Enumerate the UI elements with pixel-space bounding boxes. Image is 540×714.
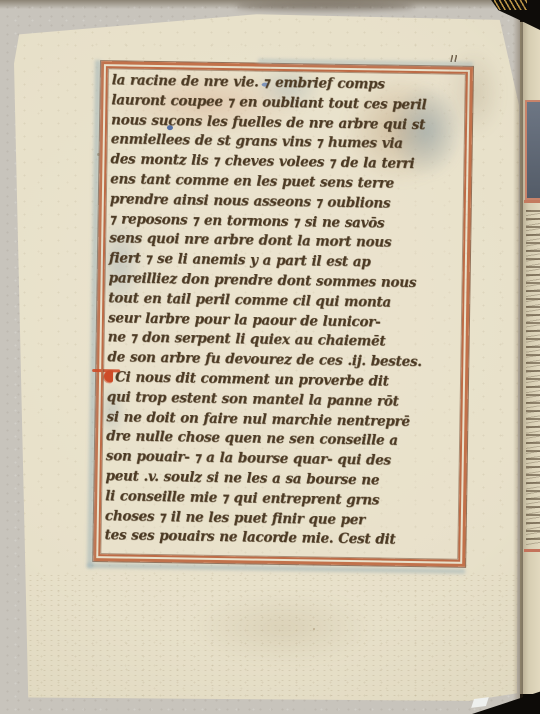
text-line-text: de son arbre fu devourez de ces .ij. bes… <box>107 349 422 370</box>
facing-page-miniature <box>525 100 540 200</box>
facing-page-red-rule-bottom <box>524 549 540 552</box>
text-line-text: peut .v. soulz si ne les a sa bourse ne <box>105 468 379 488</box>
text-line-text: nous sucons les fuelles de nre arbre qui… <box>111 112 425 133</box>
text-line-text: tout en tail peril comme cil qui monta <box>108 290 391 310</box>
parchment-grain-bottom <box>13 573 520 703</box>
text-line-text: ens tant comme en les puet sens terre <box>110 171 394 191</box>
text-line-text: la racine de nre vie. ⁊ embrief comps <box>112 72 385 92</box>
text-line-text: enmiellees de st grans vins ⁊ humes via <box>111 132 403 153</box>
text-block-frame: la racine de nre vie. ⁊ embrief compslau… <box>93 61 473 567</box>
text-line-text: Ci nous dit comment un proverbe dit <box>115 369 389 389</box>
text-line-text: dre nulle chose quen ne sen conseille a <box>106 429 398 450</box>
facing-page-edge <box>520 0 540 714</box>
paraph-mark <box>104 370 113 382</box>
text-line-text: des montz lis ⁊ cheves volees ⁊ de la te… <box>110 151 414 172</box>
margin-pen-mark <box>450 55 458 62</box>
text-line-text: son pouair- ⁊ a la bourse quar- qui des <box>106 448 391 468</box>
text-line-text: tes ses pouairs ne lacorde mie. Cest dit <box>104 528 395 549</box>
text-line-text: qui trop estent son mantel la panne rōt <box>107 389 399 410</box>
facing-page-red-rule <box>524 200 540 203</box>
gilt-edge-hatching <box>494 0 527 10</box>
manuscript-photo: la racine de nre vie. ⁊ embrief compslau… <box>0 0 540 714</box>
text-line-text: ne ⁊ don serpent li quiex au chaiemēt <box>108 330 386 350</box>
ink-speck <box>313 628 315 630</box>
text-line-text: sens quoi nre arbre dont la mort nous <box>109 231 391 251</box>
text-line-text: fiert ⁊ se li anemis y a part il est ap <box>109 250 371 270</box>
text-line: tes ses pouairs ne lacorde mie. Cest dit <box>104 527 457 552</box>
text-line-text: li conseille mie ⁊ qui entreprent grns <box>105 488 379 508</box>
blue-wash-top <box>258 59 473 67</box>
text-line-text: seur larbre pour la paour de lunicor- <box>108 310 381 330</box>
page-edge-highlight <box>471 697 489 708</box>
manuscript-page: la racine de nre vie. ⁊ embrief compslau… <box>13 8 520 703</box>
text-line-text: pareilliez don prendre dont sommes nous <box>108 270 416 291</box>
text-line-text: si ne doit on faire nul marchie nentrepr… <box>106 409 410 430</box>
text-line-text: lauront coupee ⁊ en oubliant tout ces pe… <box>111 92 426 113</box>
text-line-text: choses ⁊ il ne les puet finir que per <box>105 508 365 528</box>
text-lines: la racine de nre vie. ⁊ embrief compslau… <box>96 64 470 564</box>
scan-background-smudge <box>235 2 415 11</box>
text-line-text: prendre ainsi nous asseons ⁊ oublions <box>110 191 391 211</box>
text-line-text: ⁊ reposons ⁊ en tormons ⁊ si ne savōs <box>109 211 384 231</box>
blue-wash-bottom <box>87 563 465 574</box>
parchment-stain <box>193 593 373 663</box>
facing-page-text-fragment <box>526 210 540 546</box>
